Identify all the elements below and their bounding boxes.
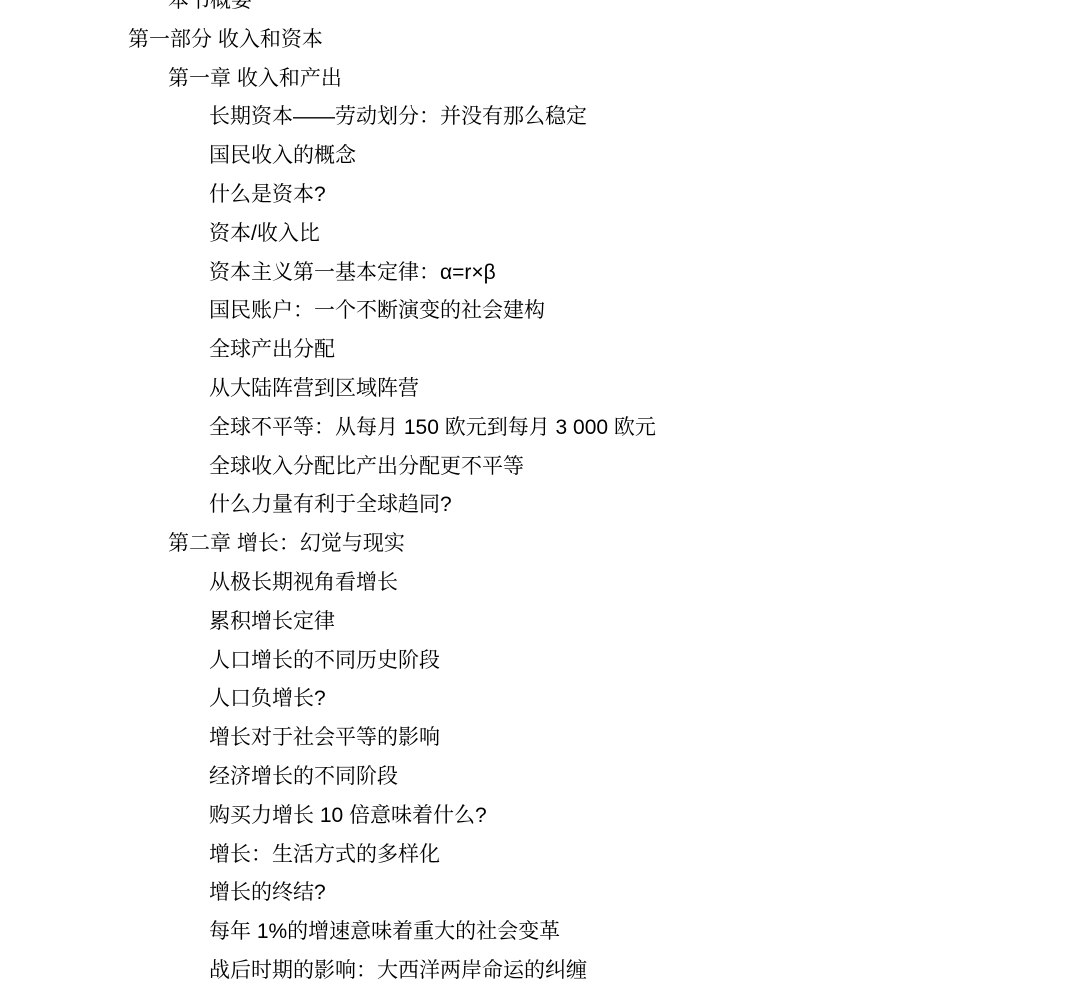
toc-section-item[interactable]: 全球不平等：从每月 150 欧元到每月 3 000 欧元 xyxy=(0,409,1074,448)
toc-section-item[interactable]: 什么是资本? xyxy=(0,176,1074,215)
toc-chapter-item[interactable]: 第二章 增长：幻觉与现实 xyxy=(0,525,1074,564)
toc-section-item[interactable]: 资本/收入比 xyxy=(0,215,1074,254)
toc-section-item[interactable]: 长期资本——劳动划分：并没有那么稳定 xyxy=(0,98,1074,137)
table-of-contents: 本书概要第一部分 收入和资本第一章 收入和产出长期资本——劳动划分：并没有那么稳… xyxy=(0,0,1074,991)
toc-section-item[interactable]: 从大陆阵营到区域阵营 xyxy=(0,370,1074,409)
toc-section-item[interactable]: 人口增长的不同历史阶段 xyxy=(0,642,1074,681)
toc-section-item[interactable]: 增长对于社会平等的影响 xyxy=(0,719,1074,758)
toc-section-item[interactable]: 战后时期的影响：大西洋两岸命运的纠缠 xyxy=(0,952,1074,991)
toc-section-item[interactable]: 人口负增长? xyxy=(0,680,1074,719)
toc-section-item[interactable]: 增长：生活方式的多样化 xyxy=(0,836,1074,875)
toc-section-item[interactable]: 累积增长定律 xyxy=(0,603,1074,642)
toc-section-item[interactable]: 购买力增长 10 倍意味着什么? xyxy=(0,797,1074,836)
toc-section-item[interactable]: 全球产出分配 xyxy=(0,331,1074,370)
toc-section-item[interactable]: 国民收入的概念 xyxy=(0,137,1074,176)
toc-chapter-item[interactable]: 第一章 收入和产出 xyxy=(0,60,1074,99)
toc-section-item[interactable]: 国民账户：一个不断演变的社会建构 xyxy=(0,292,1074,331)
toc-section-item[interactable]: 增长的终结? xyxy=(0,874,1074,913)
toc-section-item[interactable]: 全球收入分配比产出分配更不平等 xyxy=(0,448,1074,487)
toc-section-item[interactable]: 经济增长的不同阶段 xyxy=(0,758,1074,797)
toc-chapter-item[interactable]: 本书概要 xyxy=(0,0,1074,21)
toc-section-item[interactable]: 从极长期视角看增长 xyxy=(0,564,1074,603)
toc-section-item[interactable]: 什么力量有利于全球趋同? xyxy=(0,486,1074,525)
toc-section-item[interactable]: 资本主义第一基本定律：α=r×β xyxy=(0,254,1074,293)
toc-section-item[interactable]: 每年 1%的增速意味着重大的社会变革 xyxy=(0,913,1074,952)
toc-part-item[interactable]: 第一部分 收入和资本 xyxy=(0,21,1074,60)
